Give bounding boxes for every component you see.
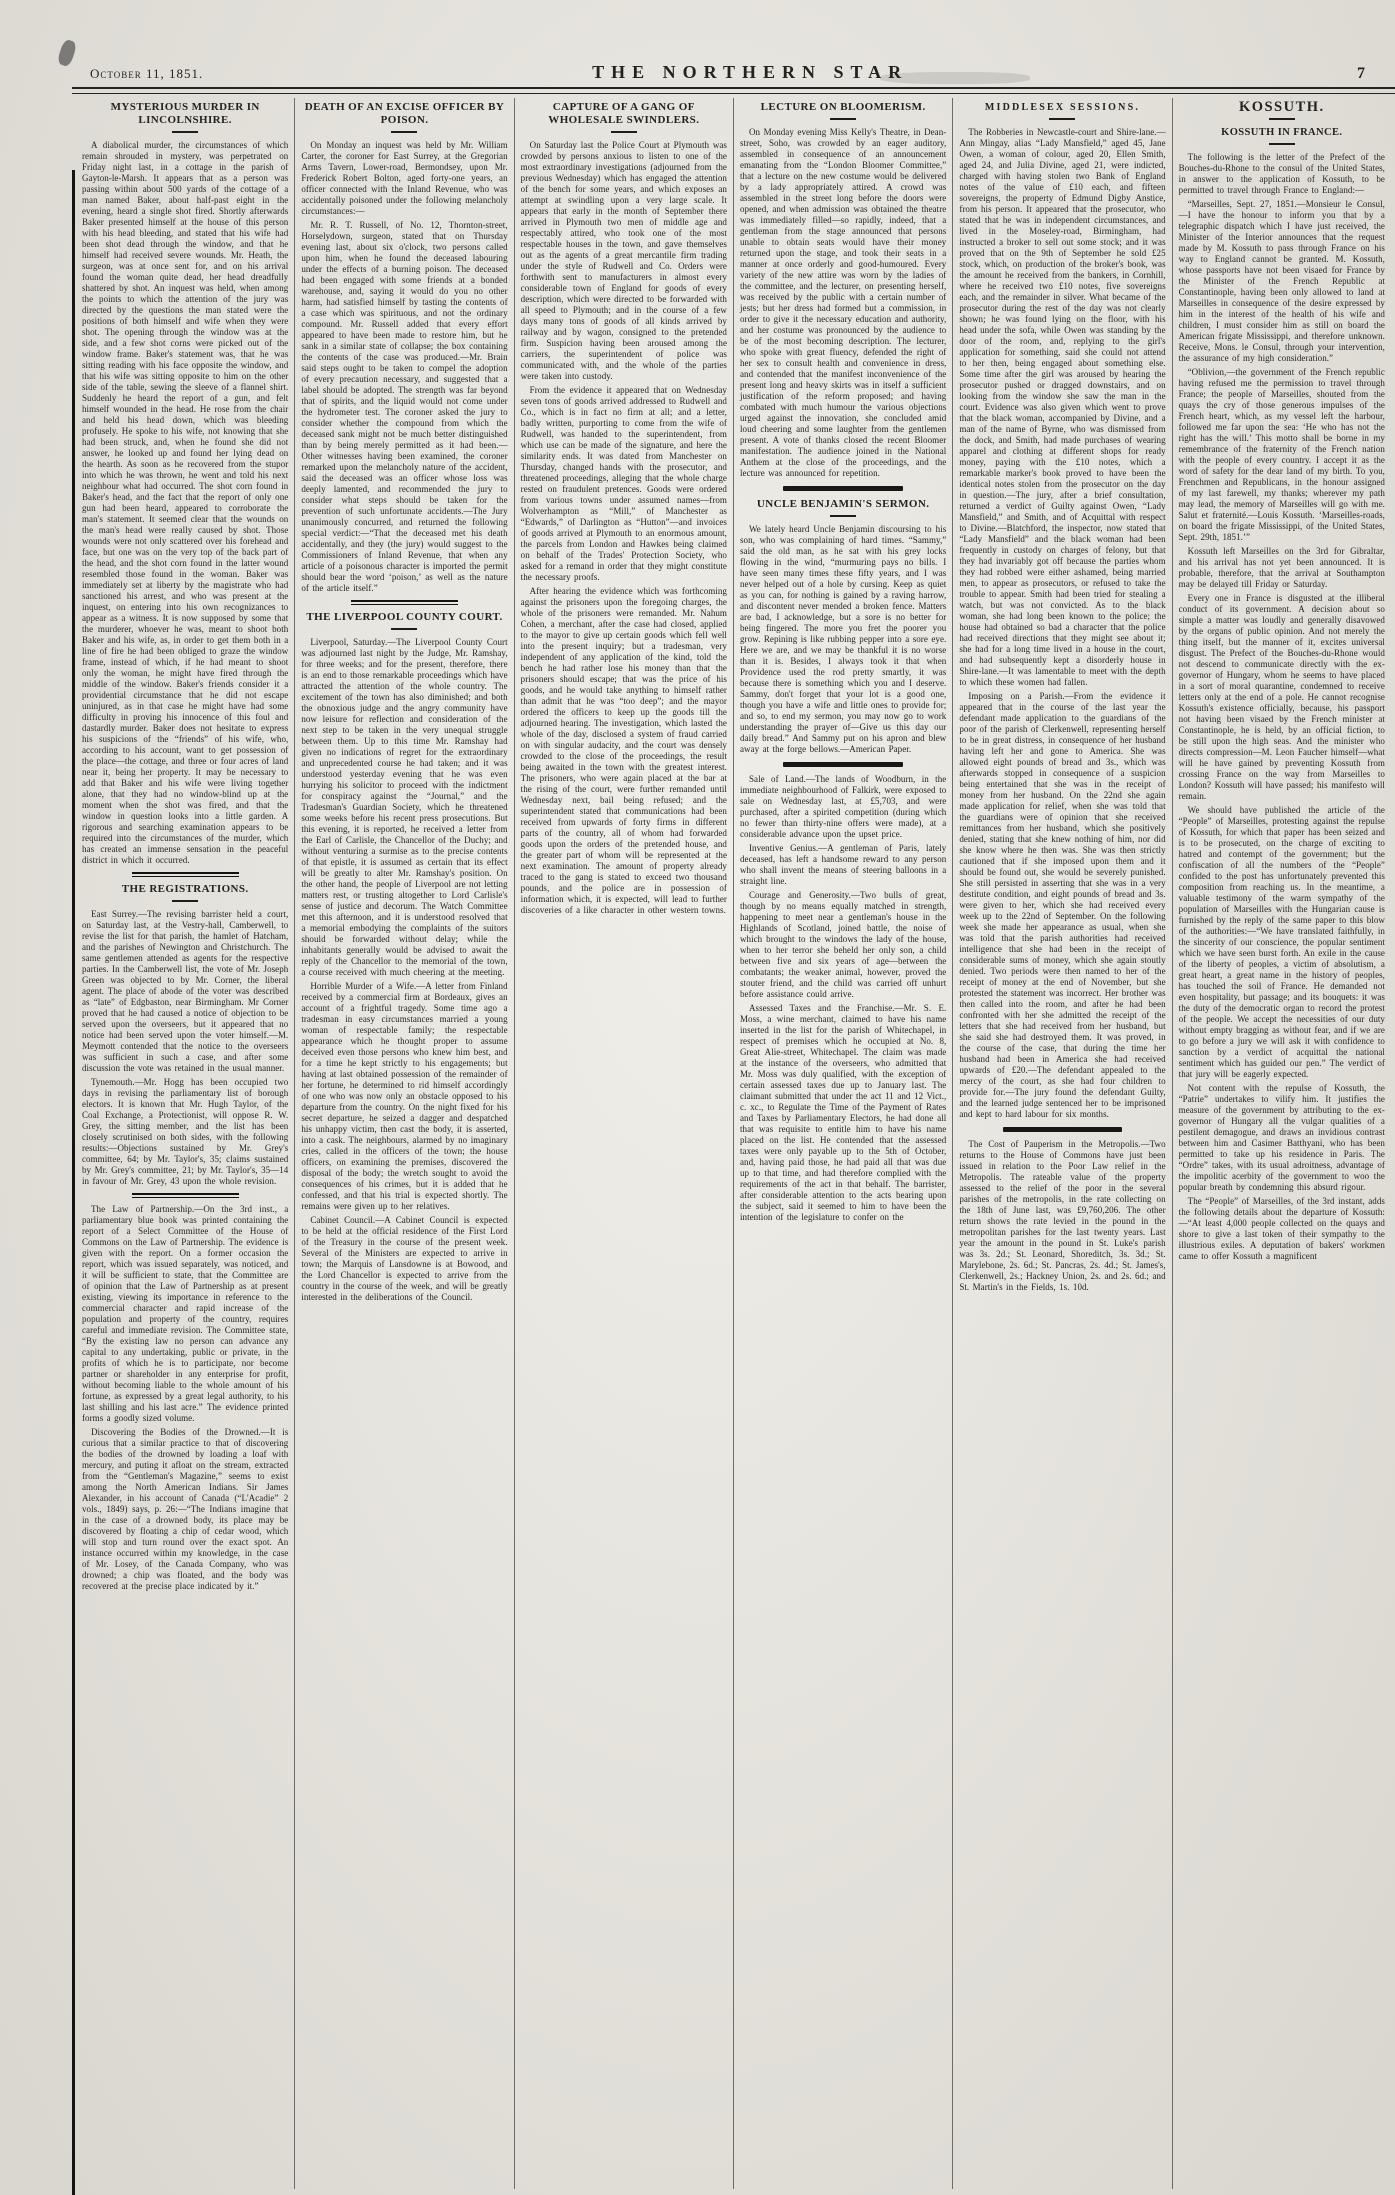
article-paragraph: We should have published the article of … bbox=[1179, 805, 1385, 1080]
page-edge-line bbox=[72, 170, 75, 2195]
article-paragraph: On Monday evening Miss Kelly's Theatre, … bbox=[740, 127, 946, 479]
column-6: KOSSUTH.KOSSUTH IN FRANCE.The following … bbox=[1172, 98, 1391, 2189]
article-paragraph: From the evidence it appeared that on We… bbox=[521, 385, 727, 583]
article-headline: MIDDLESEX SESSIONS. bbox=[961, 101, 1163, 120]
newspaper-title: THE NORTHERN STAR bbox=[592, 62, 908, 83]
article-paragraph: Imposing on a Parish.—From the evidence … bbox=[959, 691, 1165, 1120]
newspaper-page: October 11, 1851. THE NORTHERN STAR 7 MY… bbox=[0, 0, 1395, 2195]
article-paragraph: “Marseilles, Sept. 27, 1851.—Monsieur le… bbox=[1179, 199, 1385, 364]
article-paragraph: Not content with the repulse of Kossuth,… bbox=[1179, 1083, 1385, 1193]
article-headline: KOSSUTH. bbox=[1181, 101, 1383, 120]
article-headline: UNCLE BENJAMIN'S SERMON. bbox=[742, 498, 944, 517]
ink-smudge bbox=[56, 38, 77, 67]
article-paragraph: Horrible Murder of a Wife.—A letter from… bbox=[301, 981, 507, 1212]
article-paragraph: Courage and Generosity.—Two bulls of gre… bbox=[740, 890, 946, 1000]
column-2: DEATH OF AN EXCISE OFFICER BY POISON.On … bbox=[294, 98, 513, 2189]
column-5: MIDDLESEX SESSIONS.The Robberies in Newc… bbox=[952, 98, 1171, 2189]
article-paragraph: Every one in France is disgusted at the … bbox=[1179, 593, 1385, 802]
article-paragraph: Discovering the Bodies of the Drowned.—I… bbox=[82, 1427, 288, 1592]
article-headline: CAPTURE OF A GANG OF WHOLESALE SWINDLERS… bbox=[523, 101, 725, 133]
article-paragraph: “Oblivion,—the government of the French … bbox=[1179, 367, 1385, 543]
article-headline: LECTURE ON BLOOMERISM. bbox=[742, 101, 944, 120]
article-paragraph: Sale of Land.—The lands of Woodburn, in … bbox=[740, 774, 946, 840]
article-paragraph: Mr. R. T. Russell, of No. 12, Thornton-s… bbox=[301, 220, 507, 594]
article-headline: THE REGISTRATIONS. bbox=[84, 883, 286, 902]
section-divider-bar bbox=[783, 762, 903, 767]
article-paragraph: The following is the letter of the Prefe… bbox=[1179, 152, 1385, 196]
column-3: CAPTURE OF A GANG OF WHOLESALE SWINDLERS… bbox=[514, 98, 733, 2189]
article-paragraph: Liverpool, Saturday.—The Liverpool Count… bbox=[301, 637, 507, 978]
masthead: October 11, 1851. THE NORTHERN STAR 7 bbox=[90, 62, 1381, 83]
article-paragraph: After hearing the evidence which was for… bbox=[521, 586, 727, 916]
section-divider-bar bbox=[1003, 1127, 1123, 1132]
article-paragraph: We lately heard Uncle Benjamin discoursi… bbox=[740, 524, 946, 755]
article-subheadline: KOSSUTH IN FRANCE. bbox=[1181, 127, 1383, 145]
article-paragraph: On Monday an inquest was held by Mr. Wil… bbox=[301, 140, 507, 217]
section-divider bbox=[132, 1193, 239, 1198]
newspaper-columns: MYSTERIOUS MURDER IN LINCOLNSHIRE.A diab… bbox=[76, 98, 1391, 2189]
article-paragraph: The “People” of Marseilles, of the 3rd i… bbox=[1179, 1196, 1385, 1262]
article-paragraph: Tynemouth.—Mr. Hogg has been occupied tw… bbox=[82, 1077, 288, 1187]
article-paragraph: A diabolical murder, the circumstances o… bbox=[82, 140, 288, 866]
section-divider-bar bbox=[783, 486, 903, 491]
article-paragraph: East Surrey.—The revising barrister held… bbox=[82, 909, 288, 1074]
column-1: MYSTERIOUS MURDER IN LINCOLNSHIRE.A diab… bbox=[76, 98, 294, 2189]
page-number: 7 bbox=[1357, 65, 1381, 83]
article-headline: DEATH OF AN EXCISE OFFICER BY POISON. bbox=[303, 101, 505, 133]
article-headline: THE LIVERPOOL COUNTY COURT. bbox=[303, 611, 505, 630]
article-paragraph: The Cost of Pauperism in the Metropolis.… bbox=[959, 1139, 1165, 1293]
section-divider bbox=[351, 600, 458, 605]
section-divider bbox=[132, 872, 239, 877]
column-4: LECTURE ON BLOOMERISM.On Monday evening … bbox=[733, 98, 952, 2189]
article-paragraph: Cabinet Council.—A Cabinet Council is ex… bbox=[301, 1215, 507, 1303]
article-paragraph: The Robberies in Newcastle-court and Shi… bbox=[959, 127, 1165, 688]
article-paragraph: Kossuth left Marseilles on the 3rd for G… bbox=[1179, 546, 1385, 590]
article-paragraph: The Law of Partnership.—On the 3rd inst.… bbox=[82, 1204, 288, 1424]
masthead-rule bbox=[72, 87, 1395, 94]
article-paragraph: On Saturday last the Police Court at Ply… bbox=[521, 140, 727, 382]
issue-date: October 11, 1851. bbox=[90, 66, 203, 82]
article-paragraph: Assessed Taxes and the Franchise.—Mr. S.… bbox=[740, 1003, 946, 1223]
article-headline: MYSTERIOUS MURDER IN LINCOLNSHIRE. bbox=[84, 101, 286, 133]
article-paragraph: Inventive Genius.—A gentleman of Paris, … bbox=[740, 843, 946, 887]
